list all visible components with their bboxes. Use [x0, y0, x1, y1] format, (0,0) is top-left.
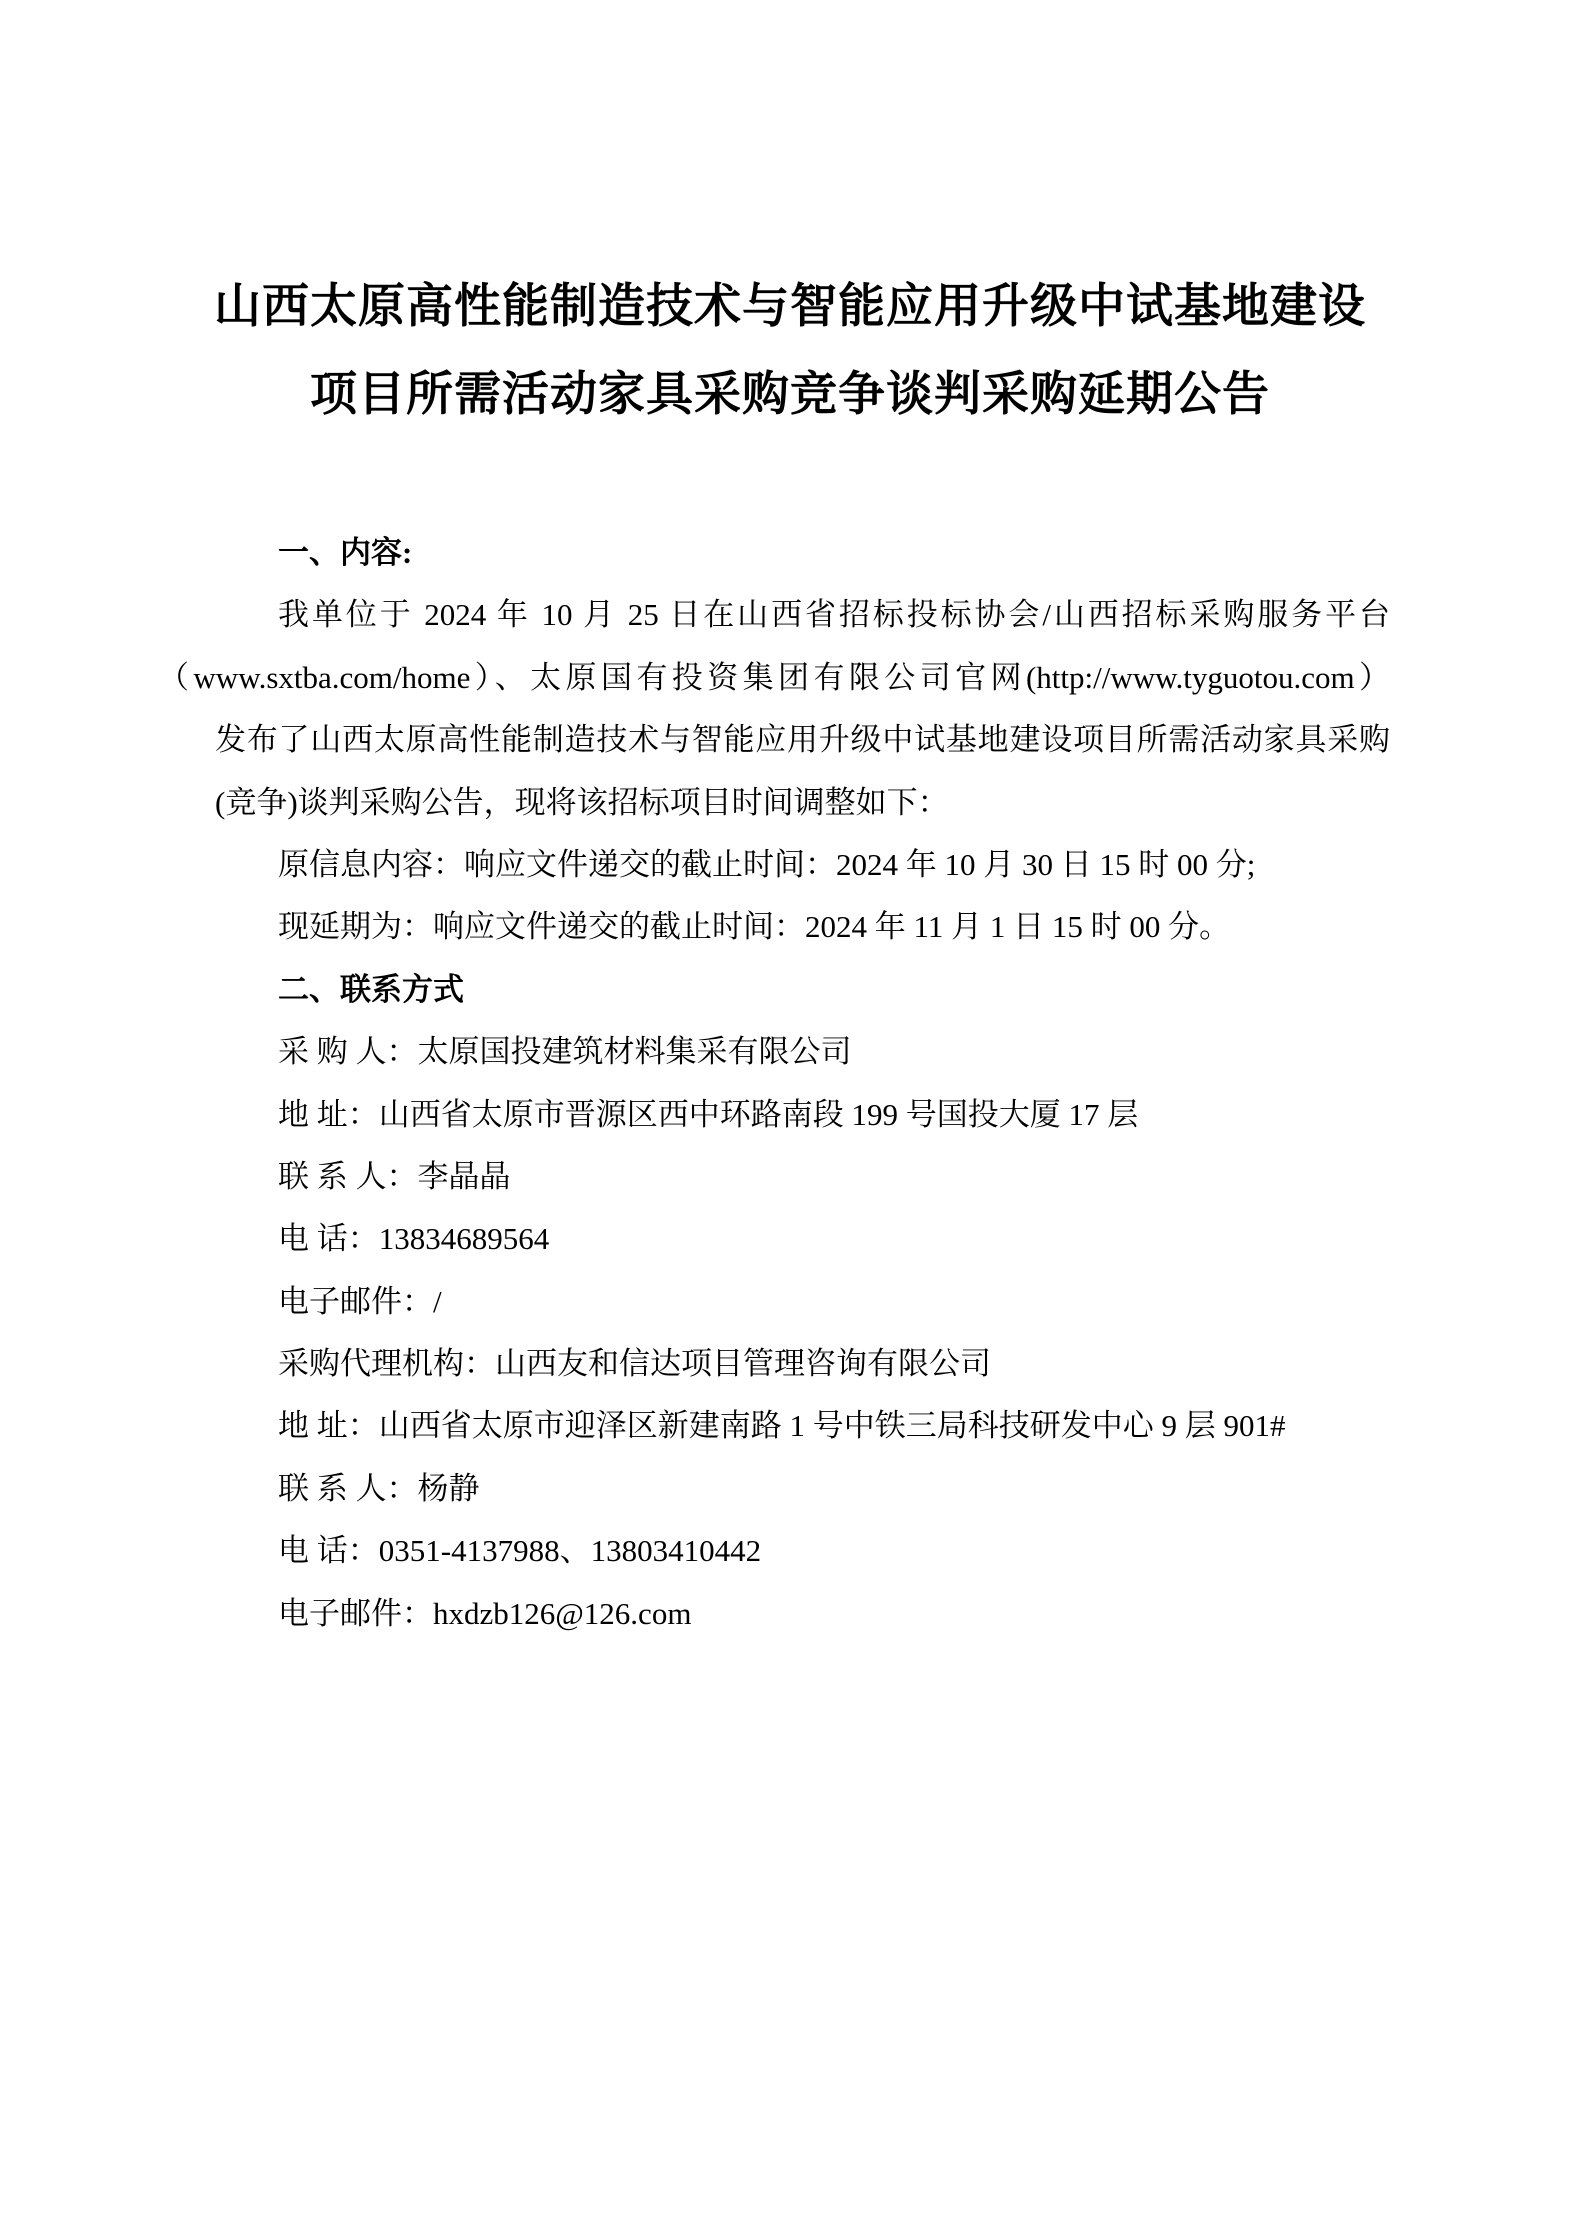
buyer-name-line: 采 购 人：太原国投建筑材料集采有限公司	[215, 1021, 1390, 1083]
title-line-2: 项目所需活动家具采购竞争谈判采购延期公告	[0, 351, 1580, 439]
agency-phone-line: 电 话：0351-4137988、13803410442	[215, 1520, 1390, 1582]
extended-deadline-line: 现延期为：响应文件递交的截止时间：2024 年 11 月 1 日 15 时 00…	[215, 896, 1390, 958]
section-2-heading: 二、联系方式	[215, 959, 1390, 1021]
buyer-address-line: 地 址：山西省太原市晋源区西中环路南段 199 号国投大厦 17 层	[215, 1084, 1390, 1146]
document-title: 山西太原高性能制造技术与智能应用升级中试基地建设 项目所需活动家具采购竞争谈判采…	[0, 263, 1580, 439]
agency-name-line: 采购代理机构：山西友和信达项目管理咨询有限公司	[215, 1333, 1390, 1395]
intro-paragraph-line-1: 我单位于 2024 年 10 月 25 日在山西省招标投标协会/山西招标采购服务…	[215, 584, 1390, 646]
buyer-contact-line: 联 系 人：李晶晶	[215, 1146, 1390, 1208]
original-deadline-line: 原信息内容：响应文件递交的截止时间：2024 年 10 月 30 日 15 时 …	[215, 834, 1390, 896]
buyer-email-line: 电子邮件：/	[215, 1271, 1390, 1333]
agency-contact-line: 联 系 人：杨静	[215, 1458, 1390, 1520]
intro-paragraph-line-4: (竞争)谈判采购公告，现将该招标项目时间调整如下：	[215, 772, 1390, 834]
agency-address-line: 地 址：山西省太原市迎泽区新建南路 1 号中铁三局科技研发中心 9 层 901#	[215, 1395, 1390, 1457]
document-page: 山西太原高性能制造技术与智能应用升级中试基地建设 项目所需活动家具采购竞争谈判采…	[0, 0, 1580, 2237]
intro-paragraph-line-3: 发布了山西太原高性能制造技术与智能应用升级中试基地建设项目所需活动家具采购	[215, 709, 1390, 771]
document-body: 一、内容: 我单位于 2024 年 10 月 25 日在山西省招标投标协会/山西…	[215, 522, 1390, 1645]
agency-email-line: 电子邮件：hxdzb126@126.com	[215, 1583, 1390, 1645]
section-1-heading: 一、内容:	[215, 522, 1390, 584]
title-line-1: 山西太原高性能制造技术与智能应用升级中试基地建设	[0, 263, 1580, 351]
intro-paragraph-line-2: （www.sxtba.com/home）、太原国有投资集团有限公司官网(http…	[158, 647, 1390, 709]
buyer-phone-line: 电 话：13834689564	[215, 1208, 1390, 1270]
